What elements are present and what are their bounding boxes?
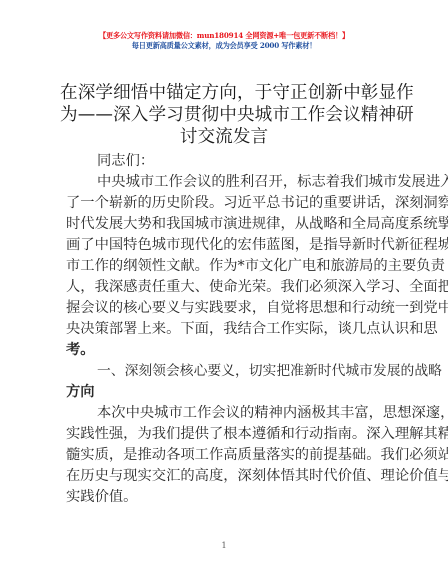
document-page: 【更多公文写作资料请加微信：mun180914 全网资源+唯一包更新不断档！】 …	[0, 0, 448, 580]
paragraph-line: 时代发展大势和我国城市演进规律，从战略和全局高度系统擘	[66, 214, 384, 235]
paragraph-section1: 本次中央城市工作会议的精神内涵极其丰富，思想深邃， 实践性强，为我们提供了根本遵…	[66, 403, 384, 508]
paragraph-line: 在历史与现实交汇的高度，深刻体悟其时代价值、理论价值与	[66, 466, 384, 487]
paragraph-line: 画了中国特色城市现代化的宏伟蓝图，是指导新时代新征程城	[66, 235, 384, 256]
document-title: 在深学细悟中锚定方向，于守正创新中彰显作 为——深入学习贯彻中央城市工作会议精神…	[60, 82, 388, 148]
paragraph-line: 髓实质，是推动各项工作高质量落实的前提基础。我们必须站	[66, 445, 384, 466]
section-heading: 一、深刻领会核心要义，切实把准新时代城市发展的战略 方向	[66, 361, 384, 403]
paragraph-line: 了一个崭新的历史阶段。习近平总书记的重要讲话，深刻洞察	[66, 193, 384, 214]
paragraph-line: 央决策部署上来。下面，我结合工作实际，谈几点认识和思	[66, 319, 384, 340]
salutation: 同志们：	[66, 151, 384, 172]
paragraph-line: 握会议的核心要义与实践要求，自觉将思想和行动统一到党中	[66, 298, 384, 319]
title-line: 在深学细悟中锚定方向，于守正创新中彰显作	[60, 82, 388, 104]
paragraph-intro: 中央城市工作会议的胜利召开，标志着我们城市发展进入 了一个崭新的历史阶段。习近平…	[66, 172, 384, 361]
paragraph-line: 中央城市工作会议的胜利召开，标志着我们城市发展进入	[66, 172, 384, 193]
title-line: 讨交流发言	[60, 126, 388, 148]
title-line: 为——深入学习贯彻中央城市工作会议精神研	[60, 104, 388, 126]
paragraph-line: 本次中央城市工作会议的精神内涵极其丰富，思想深邃，	[66, 403, 384, 424]
promo-banner-line: 【更多公文写作资料请加微信：mun180914 全网资源+唯一包更新不断档！】	[0, 31, 448, 41]
page-number: 1	[0, 541, 448, 550]
paragraph-line: 实践性强，为我们提供了根本遵循和行动指南。深入理解其精	[66, 424, 384, 445]
paragraph-line: 人，我深感责任重大、使命光荣。我们必须深入学习、全面把	[66, 277, 384, 298]
member-banner-line: 每日更新高质量公文素材，成为会员享受 2000 写作素材！	[0, 41, 448, 51]
paragraph-line: 考。	[66, 340, 384, 361]
section-heading-line: 一、深刻领会核心要义，切实把准新时代城市发展的战略	[66, 361, 384, 382]
paragraph-line: 市工作的纲领性文献。作为*市文化广电和旅游局的主要负责	[66, 256, 384, 277]
paragraph-line: 实践价值。	[66, 487, 384, 508]
section-heading-line: 方向	[66, 382, 384, 403]
salutation-text: 同志们：	[66, 151, 384, 172]
